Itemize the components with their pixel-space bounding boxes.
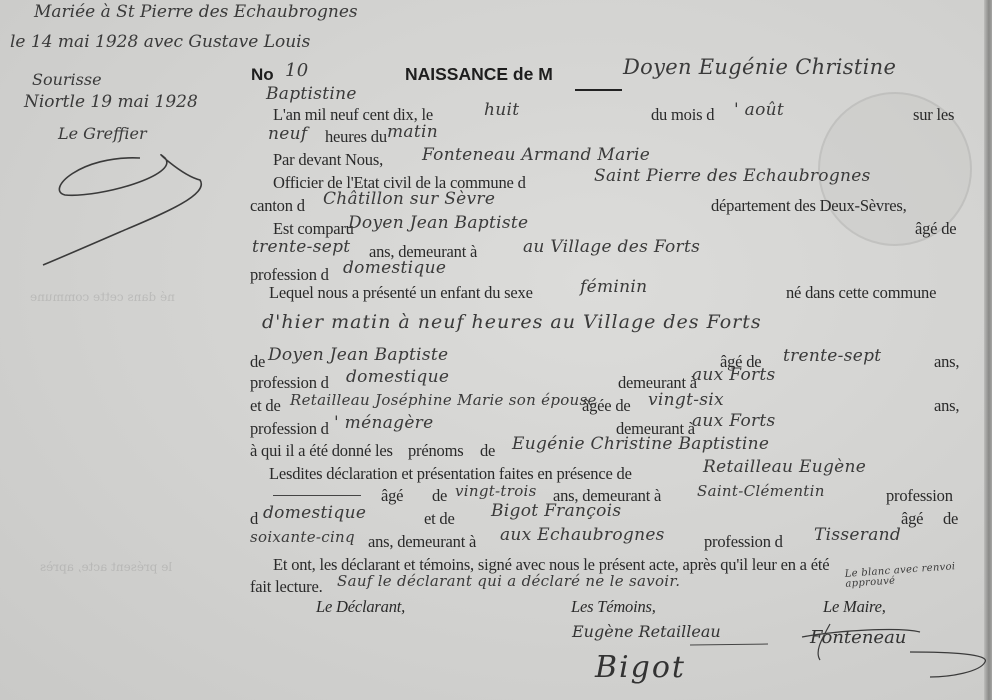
witness-2-residence: aux Echaubrognes <box>500 525 665 545</box>
approval-note: Le blanc avec renvoi approuvé <box>844 560 985 590</box>
text-line-17a: âgé <box>381 486 403 506</box>
birth-month: ' août <box>734 100 784 120</box>
text-line-17d: profession <box>886 486 953 506</box>
text-line-12a: profession d <box>250 373 329 393</box>
declarant-profession: domestique <box>343 258 446 278</box>
declarant-age: trente-sept <box>252 237 350 257</box>
father-name: Doyen Jean Baptiste <box>268 345 448 365</box>
greffier-signature-flourish <box>40 150 180 270</box>
text-line-13a: et de <box>250 396 281 416</box>
witness-1-signature: Eugène Retailleau <box>572 622 721 641</box>
birth-place-details: d'hier matin à neuf heures au Village de… <box>262 311 762 333</box>
text-line-14a: profession d <box>250 419 329 439</box>
mother-residence: aux Forts <box>692 411 776 431</box>
witness-1-residence: Saint-Clémentin <box>697 482 825 500</box>
text-line-18d: de <box>943 509 958 529</box>
witness-1-age: vingt-trois <box>455 482 537 500</box>
text-line-16a: Lesdites déclaration et présentation fai… <box>269 464 632 484</box>
officer-name: Fonteneau Armand Marie <box>422 145 650 165</box>
child-name: Doyen Eugénie Christine <box>623 55 896 79</box>
text-line-15b: prénoms <box>408 441 463 461</box>
text-line-11a: de <box>250 352 265 372</box>
child-name-continued: Baptistine <box>266 84 357 104</box>
text-line-11c: ans, <box>934 352 959 372</box>
text-line-21a: fait lecture. <box>250 577 323 597</box>
text-line-2a: heures du <box>325 127 387 147</box>
page-binding-edge <box>984 0 992 700</box>
text-line-1c: sur les <box>913 105 954 125</box>
text-line-3a: Par devant Nous, <box>273 150 383 170</box>
birth-hour: neuf <box>268 124 307 144</box>
text-line-13b: âgée de <box>582 396 631 416</box>
text-line-9b: né dans cette commune <box>786 283 936 303</box>
witness-2-signature: Bigot <box>595 650 686 685</box>
margin-note-line-5: Le Greffier <box>58 124 147 143</box>
text-line-8a: profession d <box>250 265 329 285</box>
given-names: Eugénie Christine Baptistine <box>512 434 769 454</box>
child-sex: féminin <box>580 277 647 297</box>
mother-age: vingt-six <box>648 390 724 410</box>
act-title: NAISSANCE de M <box>405 64 553 85</box>
text-line-9a: Lequel nous a présenté un enfant du sexe <box>269 283 533 303</box>
mayor-label: Le Maire, <box>823 597 886 617</box>
declarant-residence: au Village des Forts <box>523 237 700 257</box>
witness-1-name: Retailleau Eugène <box>703 457 866 477</box>
text-line-6b: âgé de <box>915 219 956 239</box>
witness-2-profession: Tisserand <box>814 525 901 545</box>
margin-note-line-3: Sourisse <box>32 70 102 89</box>
bleed-through-text: le présent acte, après <box>40 560 172 574</box>
number-label: No <box>251 65 274 85</box>
text-line-18b: et de <box>424 509 455 529</box>
margin-note-line-1: Mariée à St Pierre des Echaubrognes <box>34 2 358 22</box>
text-line-19a: ans, demeurant à <box>368 532 476 552</box>
commune-name: Saint Pierre des Echaubrognes <box>594 166 871 186</box>
text-line-18c: âgé <box>901 509 923 529</box>
act-number: 10 <box>285 60 309 81</box>
birth-time-of-day: matin <box>387 122 438 142</box>
canton-name: Châtillon sur Sèvre <box>323 189 495 209</box>
witness-2-name: Bigot François <box>491 501 621 521</box>
civil-registry-page: né dans cette commune le présent acte, a… <box>0 0 992 700</box>
birth-day: huit <box>484 100 519 120</box>
declarant-label: Le Déclarant, <box>316 597 405 617</box>
witness-2-age: soixante-cinq <box>250 528 355 546</box>
declarant-cannot-sign-note: Sauf le déclarant qui a déclaré ne le sa… <box>337 572 680 590</box>
blank-line-rule <box>273 495 361 496</box>
text-line-15c: de <box>480 441 495 461</box>
text-line-1b: du mois d <box>651 105 714 125</box>
text-line-17b: de <box>432 486 447 506</box>
margin-note-line-2: le 14 mai 1928 avec Gustave Louis <box>10 32 310 52</box>
text-line-19b: profession d <box>704 532 783 552</box>
text-line-15a: à qui il a été donné les <box>250 441 393 461</box>
declarant-name: Doyen Jean Baptiste <box>348 213 528 233</box>
witness-1-profession: domestique <box>263 503 366 523</box>
father-age: trente-sept <box>783 346 881 366</box>
text-line-18a: d <box>250 509 258 529</box>
bleed-through-text: né dans cette commune <box>30 290 175 304</box>
mother-name: Retailleau Joséphine Marie son épouse <box>290 391 597 409</box>
father-residence: aux Forts <box>692 365 776 385</box>
text-line-6a: Est comparu <box>273 219 354 239</box>
text-line-5a: canton d <box>250 196 305 216</box>
margin-note-line-4: Niortle 19 mai 1928 <box>24 92 198 112</box>
text-line-5b: département des Deux-Sèvres, <box>711 196 907 216</box>
witnesses-label: Les Témoins, <box>571 597 656 617</box>
mayor-signature-flourish <box>800 622 992 682</box>
signature-underline <box>690 640 770 650</box>
text-line-13c: ans, <box>934 396 959 416</box>
mother-profession: ' ménagère <box>334 413 433 433</box>
title-underline <box>575 89 622 91</box>
father-profession: domestique <box>346 367 449 387</box>
